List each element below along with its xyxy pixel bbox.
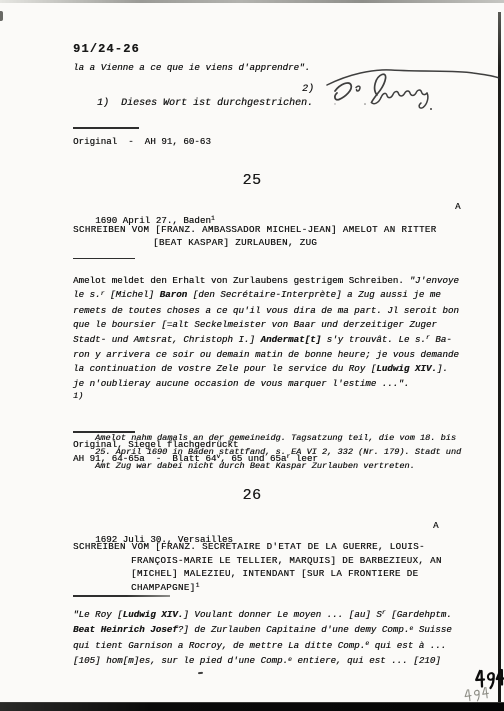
scan-top-edge <box>0 0 504 3</box>
text-line: [BEAT KASPAR] ZURLAUBEN, ZUG <box>153 236 437 250</box>
series-letter: A <box>433 519 439 533</box>
entry-25-heading: SCHREIBEN VOM [FRANZ. AMBASSADOR MICHEL-… <box>73 223 437 250</box>
scan-bottom-edge <box>0 702 504 711</box>
text-line: Amelot meldet den Erhalt von Zurlaubens … <box>73 274 459 288</box>
entry-25-summary: Amelot meldet den Erhalt von Zurlaubens … <box>73 274 459 391</box>
footnote-2-marker: 2) <box>302 83 314 97</box>
text-line: [105] hom[m]es, sur le pied d'une Comp.e… <box>73 654 452 669</box>
handwritten-signature <box>321 64 501 116</box>
entry-25-provenance: Original, Siegel flachgedrücktAH 91, 64-… <box>73 438 318 466</box>
separator-rule <box>73 595 170 597</box>
entry-26-quote: "Le Roy [Ludwig XIV.] Voulant donner Le … <box>73 608 452 670</box>
text-line: CHAMPAPGNE]1 <box>131 581 442 596</box>
text-line: ron y arrivera ce soir ou demain matin d… <box>73 348 459 362</box>
prior-footnote-text: 1) Dieses Wort ist durchgestrichen. <box>97 98 313 109</box>
entry-25-number: 25 <box>0 174 504 188</box>
series-letter: A <box>455 200 461 214</box>
text-line: qui tient Garnison a Rocroy, de mettre L… <box>73 639 452 654</box>
text-line: "Le Roy [Ludwig XIV.] Voulant donner Le … <box>73 608 452 623</box>
scan-left-mark <box>0 11 3 21</box>
footnote-marker: 1) <box>73 389 83 403</box>
text-line: [MICHEL] MALEZIEU, INTENDANT [SUR LA FRO… <box>131 567 442 581</box>
text-line: SCHREIBEN VOM [FRANZ. SECRETAIRE D'ETAT … <box>73 540 442 554</box>
archive-reference: 91/24-26 <box>73 42 140 56</box>
text-line: Beat Heinrich Josef?] de Zurlauben Capit… <box>73 623 452 638</box>
stray-mark <box>198 672 203 675</box>
text-line: FRANÇOIS-MARIE LE TELLIER, MARQUIS] DE B… <box>131 554 442 568</box>
text-line: la continuation de vostre Zele pour le s… <box>73 362 459 376</box>
text-line: SCHREIBEN VOM [FRANZ. AMBASSADOR MICHEL-… <box>73 223 437 237</box>
separator-rule <box>73 258 135 260</box>
provenance-note: Original - AH 91, 60-63 <box>73 135 211 149</box>
text-line: Original, Siegel flachgedrückt <box>73 438 318 452</box>
text-line: remets de toutes choses a ce qu'il vous … <box>73 304 459 318</box>
archive-page: 91/24-26 la a Vienne a ce que ie viens d… <box>0 0 504 711</box>
scan-right-edge <box>498 12 502 711</box>
pencil-page-number <box>462 686 490 705</box>
separator-rule <box>73 127 139 129</box>
text-line: que le boursier [=alt Seckelmeister von … <box>73 318 459 332</box>
text-line: Stadt- und Amtsrat, Christoph I.] Anderm… <box>73 333 459 348</box>
entry-26-heading: SCHREIBEN VOM [FRANZ. SECRETAIRE D'ETAT … <box>73 540 442 595</box>
text-line: le s.r [Michel] Baron [den Secrétaire-In… <box>73 288 459 303</box>
carryover-text: la a Vienne a ce que ie viens d'apprendr… <box>73 61 310 75</box>
text-line: AH 91, 64-65a - Blatt 64v, 65 und 65ar l… <box>73 452 318 467</box>
entry-26-number: 26 <box>0 489 504 503</box>
separator-rule <box>73 431 135 433</box>
